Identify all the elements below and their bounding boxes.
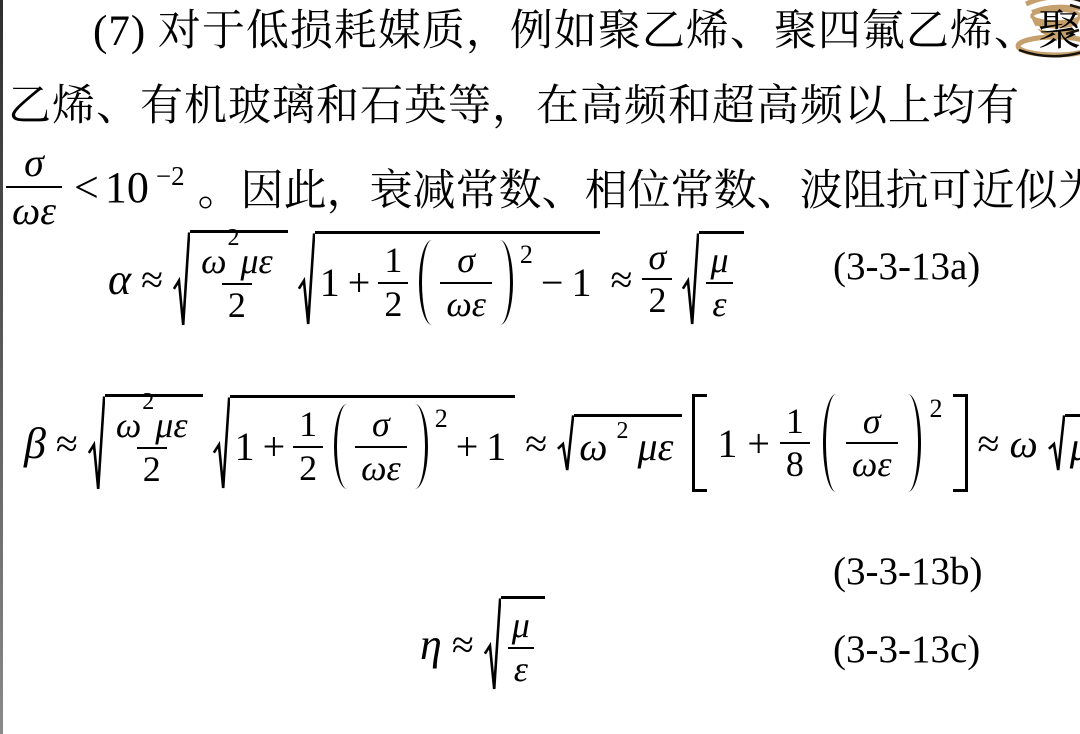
right-paren (415, 404, 428, 489)
fraction: μ ε (704, 240, 734, 325)
fraction-numerator: μ (704, 240, 734, 282)
sqrt-radical-icon (484, 596, 501, 692)
radicand: μ ε (699, 231, 743, 327)
sqrt-radical-icon (557, 414, 574, 472)
sqrt-radical-icon (682, 231, 699, 327)
sqrt-radical-icon (1048, 414, 1065, 472)
equation-beta: β ≈ ω2με 2 1 + 1 2 (24, 394, 1080, 492)
fraction-sigma-over-2: σ 2 (642, 237, 672, 322)
number-ten: 10 (105, 162, 149, 213)
mu-eps-symbols: με (1070, 423, 1080, 470)
plus-operator: + (263, 423, 286, 470)
sqrt-radical-icon (173, 230, 190, 328)
mu-eps-symbols: με (638, 423, 674, 470)
fraction-numerator: μ (506, 605, 536, 647)
equation-label-3-3-13c: (3-3-13c) (833, 627, 980, 672)
omega-symbol: ω (201, 241, 226, 281)
fraction-denominator: ωε (6, 186, 62, 234)
fraction-denominator: 2 (137, 447, 167, 491)
number-one: 1 (235, 423, 255, 470)
paragraph-line-3: σ ωε < 10 −2 。因此，衰减常数、相位常数、波阻抗可近似为 (6, 140, 1080, 234)
omega-symbol: ω (1009, 420, 1037, 467)
left-paren (823, 394, 836, 492)
exponent-minus-2: −2 (155, 161, 186, 192)
sqrt-omega2-mu-eps-over-2: ω2με 2 (88, 394, 203, 492)
inline-inequality: < 10 −2 (74, 162, 186, 213)
approx-operator: ≈ (610, 256, 632, 303)
fraction-numerator: ω2με (110, 403, 194, 447)
fraction-sigma-over-omega-eps: σ ωε (846, 401, 898, 486)
sqrt-mu-eps: με (1048, 414, 1080, 472)
radicand: 1 + 1 2 σ ωε 2 + 1 (230, 395, 516, 491)
radicand: ω2με (574, 414, 682, 472)
sqrt-omega2-mu-eps-over-2: ω2με 2 (173, 230, 288, 328)
fraction-one-half: 1 2 (293, 404, 323, 489)
fraction-sigma-over-omega-eps: σ ωε (440, 240, 492, 325)
sqrt-mu-over-eps: μ ε (682, 231, 743, 327)
approx-operator: ≈ (452, 621, 474, 668)
fraction-denominator: ε (706, 282, 732, 326)
exponent-2: 2 (226, 225, 240, 251)
alpha-symbol: α (108, 254, 131, 305)
fraction-denominator: ε (508, 647, 534, 691)
paragraph-line-2: 乙烯、有机玻璃和石英等，在高频和超高频以上均有 (8, 81, 1020, 133)
sqrt-radical-icon (213, 395, 230, 491)
less-than-sign: < (74, 162, 99, 213)
equation-eta: η ≈ μ ε (420, 596, 545, 692)
exponent-2: 2 (141, 389, 155, 415)
fraction-numerator: σ (857, 401, 887, 443)
fraction-denominator: 2 (293, 446, 323, 490)
omega-symbol: ω (579, 423, 607, 470)
radicand: μ ε (501, 596, 545, 692)
fraction-numerator: σ (366, 404, 396, 446)
fraction-numerator: σ (18, 140, 50, 186)
paragraph-line-3-text: 。因此，衰减常数、相位常数、波阻抗可近似为 (198, 157, 1080, 218)
equation-label-3-3-13b: (3-3-13b) (833, 549, 982, 594)
exponent-2: 2 (930, 396, 943, 422)
number-one: 1 (717, 420, 737, 467)
radicand: με (1065, 414, 1080, 472)
number-one: 1 (486, 423, 506, 470)
slide-left-border (0, 0, 3, 734)
approx-operator: ≈ (56, 420, 78, 467)
sqrt-radical-icon (298, 231, 315, 327)
number-one: 1 (571, 259, 591, 306)
radicand: ω2με 2 (105, 394, 203, 492)
fraction-denominator: ωε (355, 446, 407, 490)
equation-label-3-3-13a: (3-3-13a) (833, 244, 980, 289)
plus-operator: + (348, 259, 371, 306)
approx-operator: ≈ (978, 420, 1000, 467)
fraction-numerator: 1 (780, 401, 810, 443)
sqrt-radical-icon (88, 394, 105, 492)
right-paren (500, 240, 513, 325)
fraction-denominator: ωε (440, 282, 492, 326)
exponent-2: 2 (616, 418, 630, 445)
fraction-denominator: 2 (222, 283, 252, 327)
number-one: 1 (320, 259, 340, 306)
left-paren (419, 240, 432, 325)
right-paren (908, 394, 921, 492)
fraction-numerator: σ (451, 240, 481, 282)
left-bracket (692, 394, 707, 492)
plus-operator: + (747, 420, 770, 467)
exponent-2: 2 (435, 406, 448, 432)
sqrt-one-plus-half-ratio-squared-minus-1: 1 + 1 2 σ ωε 2 − 1 (298, 231, 601, 327)
plus-operator: + (456, 423, 479, 470)
fraction-numerator: 1 (293, 404, 323, 446)
fraction-one-eighth: 1 8 (780, 401, 810, 486)
exponent-2: 2 (520, 242, 533, 268)
fraction: μ ε (506, 605, 536, 690)
approx-operator: ≈ (141, 256, 163, 303)
fraction-denominator: 2 (378, 282, 408, 326)
slide-canvas: (7) 对于低损耗媒质，例如聚乙烯、聚四氟乙烯、聚苯 乙烯、有机玻璃和石英等，在… (0, 0, 1080, 734)
sqrt-one-plus-half-ratio-squared-plus-1: 1 + 1 2 σ ωε 2 + 1 (213, 395, 516, 491)
sqrt-omega2-mu-eps: ω2με (557, 414, 682, 472)
fraction-numerator: ω2με (195, 239, 279, 283)
approx-operator: ≈ (525, 420, 547, 467)
fraction-numerator: σ (643, 237, 673, 279)
fraction-denominator: 8 (780, 442, 810, 486)
mu-eps-symbols: με (240, 241, 272, 281)
mu-eps-symbols: με (155, 405, 187, 445)
fraction-numerator: 1 (378, 240, 408, 282)
fraction-denominator: 2 (642, 278, 672, 322)
eta-symbol: η (420, 619, 442, 670)
right-bracket (953, 394, 968, 492)
inline-fraction-sigma-over-omega-eps: σ ωε (6, 140, 62, 234)
omega-symbol: ω (116, 405, 141, 445)
fraction: ω2με 2 (110, 403, 194, 490)
equation-alpha: α ≈ ω2με 2 1 + 1 2 (108, 230, 744, 328)
left-paren (334, 404, 347, 489)
sqrt-mu-over-eps: μ ε (484, 596, 545, 692)
beta-symbol: β (24, 418, 46, 469)
fraction-one-half: 1 2 (378, 240, 408, 325)
radicand: 1 + 1 2 σ ωε 2 − 1 (315, 231, 601, 327)
minus-operator: − (541, 259, 564, 306)
paragraph-line-1: (7) 对于低损耗媒质，例如聚乙烯、聚四氟乙烯、聚苯 (93, 6, 1080, 58)
fraction: ω2με 2 (195, 239, 279, 326)
fraction-denominator: ωε (846, 442, 898, 486)
fraction-sigma-over-omega-eps: σ ωε (355, 404, 407, 489)
radicand: ω2με 2 (190, 230, 288, 328)
